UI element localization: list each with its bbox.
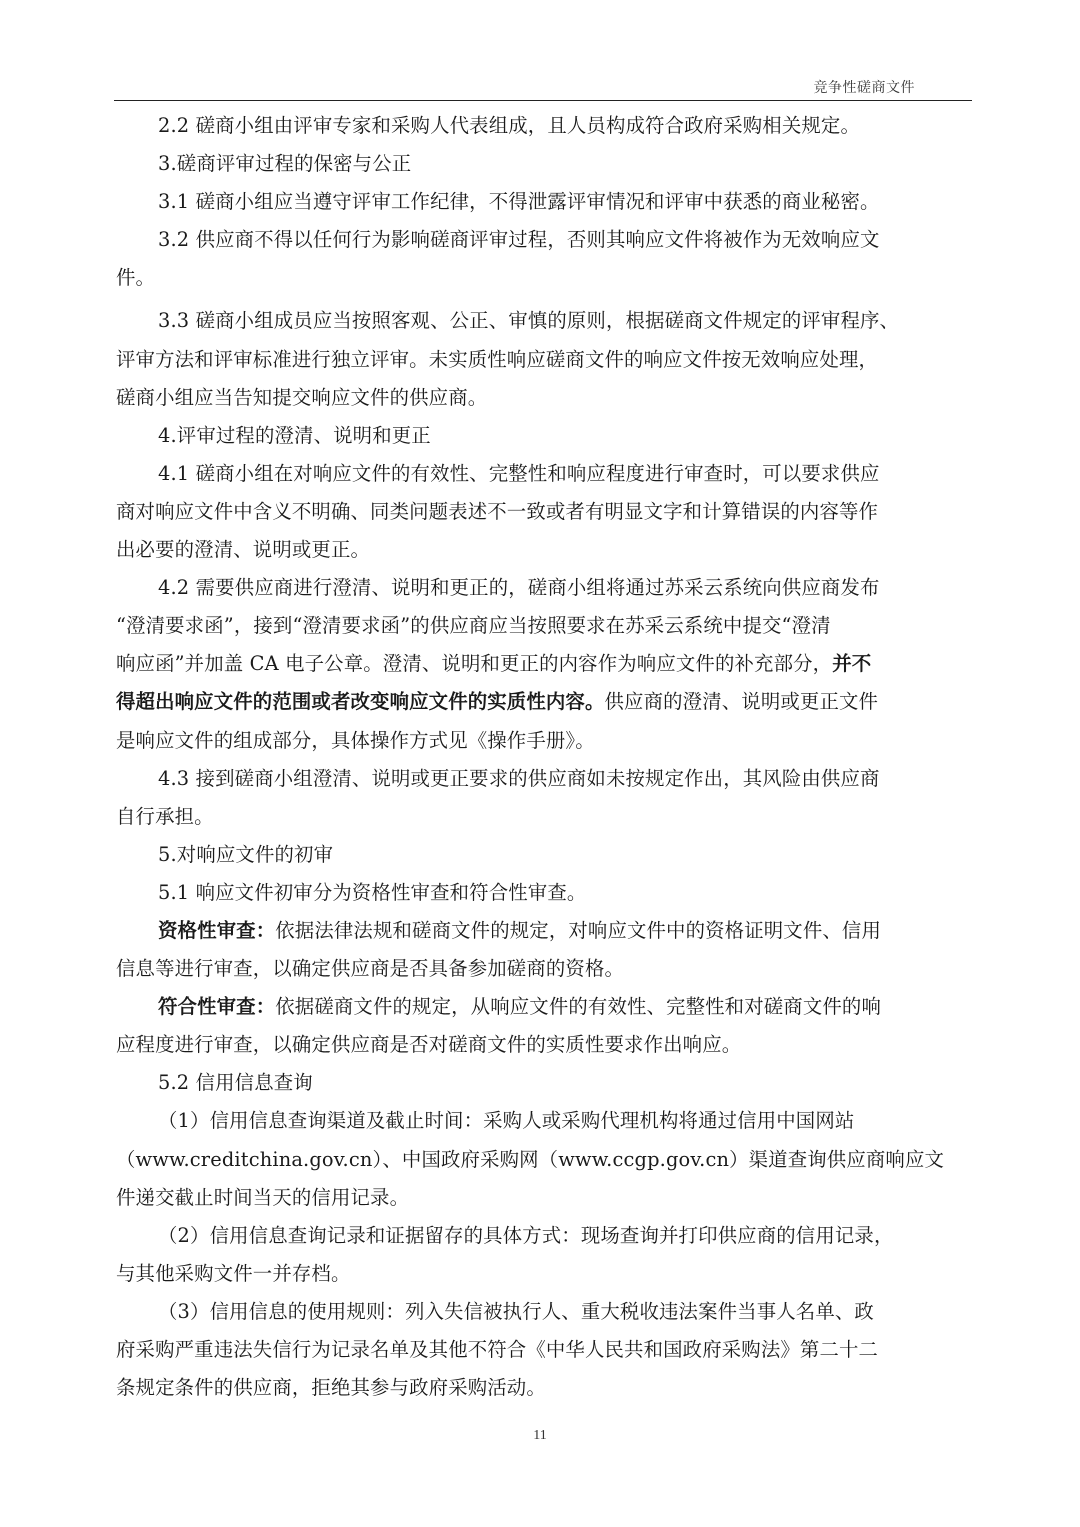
text-line: 3.2 供应商不得以任何行为影响磋商评审过程，否则其响应文件将被作为无效响应文 bbox=[116, 221, 968, 259]
text-line: 是响应文件的组成部分，具体操作方式见《操作手册》。 bbox=[116, 722, 968, 760]
text-line: 自行承担。 bbox=[116, 798, 968, 836]
text-line: “澄清要求函”，接到“澄清要求函”的供应商应当按照要求在苏采云系统中提交“澄清 bbox=[116, 607, 968, 645]
text-line: 响应函”并加盖 CA 电子公章。澄清、说明和更正的内容作为响应文件的补充部分，并… bbox=[116, 645, 968, 683]
text-line: 4.3 接到磋商小组澄清、说明或更正要求的供应商如未按规定作出，其风险由供应商 bbox=[116, 760, 968, 798]
text-line: 信息等进行审查，以确定供应商是否具备参加磋商的资格。 bbox=[116, 950, 968, 988]
text-line: 应程度进行审查，以确定供应商是否对磋商文件的实质性要求作出响应。 bbox=[116, 1026, 968, 1064]
document-body: 2.2 磋商小组由评审专家和采购人代表组成，且人员构成符合政府采购相关规定。 3… bbox=[116, 107, 968, 1407]
text-line: 评审方法和评审标准进行独立评审。未实质性响应磋商文件的响应文件按无效响应处理， bbox=[116, 341, 968, 379]
bold-label: 符合性审查： bbox=[158, 995, 275, 1018]
text-line: 3.3 磋商小组成员应当按照客观、公正、审慎的原则，根据磋商文件规定的评审程序、 bbox=[116, 302, 968, 340]
text-line: 4.1 磋商小组在对响应文件的有效性、完整性和响应程度进行审查时，可以要求供应 bbox=[116, 455, 968, 493]
text-line: 2.2 磋商小组由评审专家和采购人代表组成，且人员构成符合政府采购相关规定。 bbox=[116, 107, 968, 145]
document-page: 竞争性磋商文件 2.2 磋商小组由评审专家和采购人代表组成，且人员构成符合政府采… bbox=[0, 0, 1080, 1527]
bold-emphasis: 并不 bbox=[832, 652, 871, 675]
header-rule bbox=[114, 100, 972, 101]
bold-label: 资格性审查： bbox=[158, 919, 275, 942]
text-line: （2）信用信息查询记录和证据留存的具体方式：现场查询并打印供应商的信用记录， bbox=[116, 1217, 968, 1255]
text-line: 与其他采购文件一并存档。 bbox=[116, 1255, 968, 1293]
section-heading: 3.磋商评审过程的保密与公正 bbox=[116, 145, 968, 183]
text-line: 出必要的澄清、说明或更正。 bbox=[116, 531, 968, 569]
bold-emphasis: 得超出响应文件的范围或者改变响应文件的实质性内容。 bbox=[116, 690, 605, 713]
text-line: 府采购严重违法失信行为记录名单及其他不符合《中华人民共和国政府采购法》第二十二 bbox=[116, 1331, 968, 1369]
text-line: 4.2 需要供应商进行澄清、说明和更正的，磋商小组将通过苏采云系统向供应商发布 bbox=[116, 569, 968, 607]
text-line: 3.1 磋商小组应当遵守评审工作纪律，不得泄露评审情况和评审中获悉的商业秘密。 bbox=[116, 183, 968, 221]
text-line: 符合性审查：依据磋商文件的规定，从响应文件的有效性、完整性和对磋商文件的响 bbox=[116, 988, 968, 1026]
text-line: 5.1 响应文件初审分为资格性审查和符合性审查。 bbox=[116, 874, 968, 912]
text-line: 磋商小组应当告知提交响应文件的供应商。 bbox=[116, 379, 968, 417]
text-line: 条规定条件的供应商，拒绝其参与政府采购活动。 bbox=[116, 1369, 968, 1407]
text-line: 件递交截止时间当天的信用记录。 bbox=[116, 1179, 968, 1217]
text-line: 资格性审查：依据法律法规和磋商文件的规定，对响应文件中的资格证明文件、信用 bbox=[116, 912, 968, 950]
page-number: 11 bbox=[0, 1428, 1080, 1444]
section-heading: 5.2 信用信息查询 bbox=[116, 1064, 968, 1102]
text-line: 得超出响应文件的范围或者改变响应文件的实质性内容。供应商的澄清、说明或更正文件 bbox=[116, 683, 968, 721]
running-header-title: 竞争性磋商文件 bbox=[814, 77, 916, 97]
text-line: （3）信用信息的使用规则：列入失信被执行人、重大税收违法案件当事人名单、政 bbox=[116, 1293, 968, 1331]
section-heading: 5.对响应文件的初审 bbox=[116, 836, 968, 874]
text-line: （1）信用信息查询渠道及截止时间：采购人或采购代理机构将通过信用中国网站 bbox=[116, 1102, 968, 1140]
text-line: （www.creditchina.gov.cn）、中国政府采购网（www.ccg… bbox=[116, 1141, 968, 1179]
section-heading: 4.评审过程的澄清、说明和更正 bbox=[116, 417, 968, 455]
text-line: 商对响应文件中含义不明确、同类问题表述不一致或者有明显文字和计算错误的内容等作 bbox=[116, 493, 968, 531]
text-line: 件。 bbox=[116, 259, 968, 297]
